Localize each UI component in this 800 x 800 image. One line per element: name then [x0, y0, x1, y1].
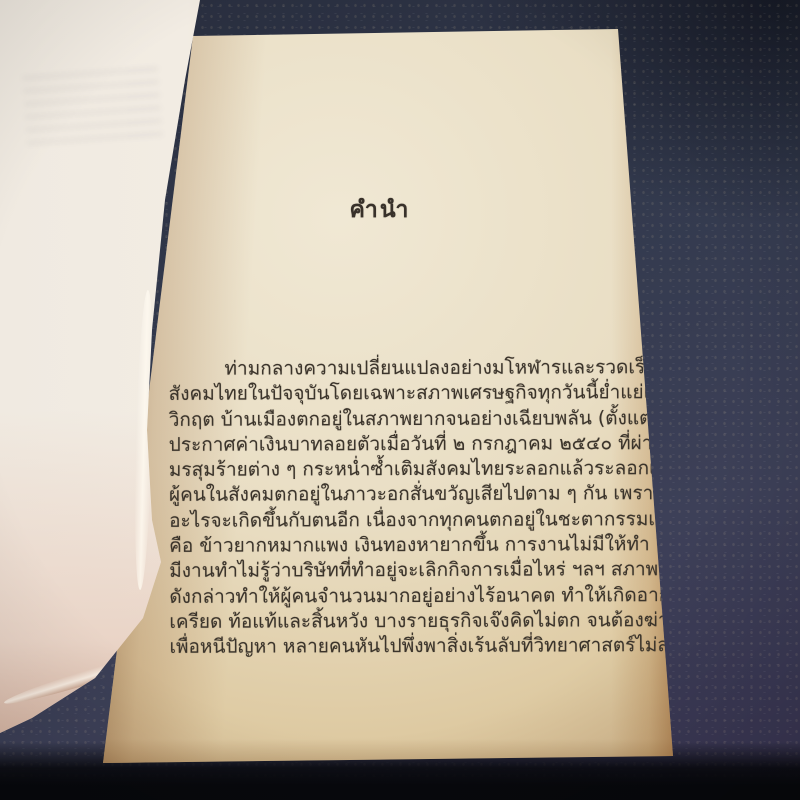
paragraph-line: วิกฤต บ้านเมืองตกอยู่ในสภาพยากจนอย่างเฉี…: [169, 406, 661, 433]
paragraph-line: ท่ามกลางความเปลี่ยนแปลงอย่างมโหฬารและรวด…: [168, 355, 660, 382]
paragraph-line: ประกาศค่าเงินบาทลอยตัวเมื่อวันที่ ๒ กรกฎ…: [169, 431, 661, 458]
preface-paragraph: ท่ามกลางความเปลี่ยนแปลงอย่างมโหฬารและรวด…: [168, 355, 661, 660]
page-text-block: คำนำ ท่ามกลางความเปลี่ยนแปลงอย่างมโหฬารแ…: [95, 25, 675, 765]
page-heading: คำนำ: [310, 192, 450, 228]
paragraph-line: ดังกล่าวทำให้ผู้คนจำนวนมากอยู่อย่างไร้อน…: [169, 583, 661, 610]
showthrough-text-blur: [23, 67, 162, 144]
book-right-page: คำนำ ท่ามกลางความเปลี่ยนแปลงอย่างมโหฬารแ…: [95, 25, 675, 765]
paragraph-line: ผู้คนในสังคมตกอยู่ในภาวะอกสั่นขวัญเสียไป…: [169, 482, 661, 509]
paragraph-line: สังคมไทยในปัจจุบันโดยเฉพาะสภาพเศรษฐกิจทุ…: [169, 380, 661, 407]
paragraph-line: มรสุมร้ายต่าง ๆ กระหน่ำซ้ำเติมสังคมไทยระ…: [169, 456, 661, 483]
paragraph-line: เครียด ท้อแท้และสิ้นหวัง บางรายธุรกิจเจ๊…: [169, 608, 661, 635]
paragraph-line: มีงานทำไม่รู้ว่าบริษัทที่ทำอยู่จะเลิกกิจ…: [169, 558, 661, 585]
book-photo: คำนำ ท่ามกลางความเปลี่ยนแปลงอย่างมโหฬารแ…: [0, 0, 800, 800]
paragraph-line: คือ ข้าวยากหมากแพง เงินทองหายากขึ้น การง…: [169, 532, 661, 559]
paragraph-line: อะไรจะเกิดขึ้นกับตนอีก เนื่องจากทุกคนตกอ…: [169, 507, 661, 534]
paragraph-line: เพื่อหนีปัญหา หลายคนหันไปพึ่งพาสิ่งเร้นล…: [169, 633, 661, 660]
